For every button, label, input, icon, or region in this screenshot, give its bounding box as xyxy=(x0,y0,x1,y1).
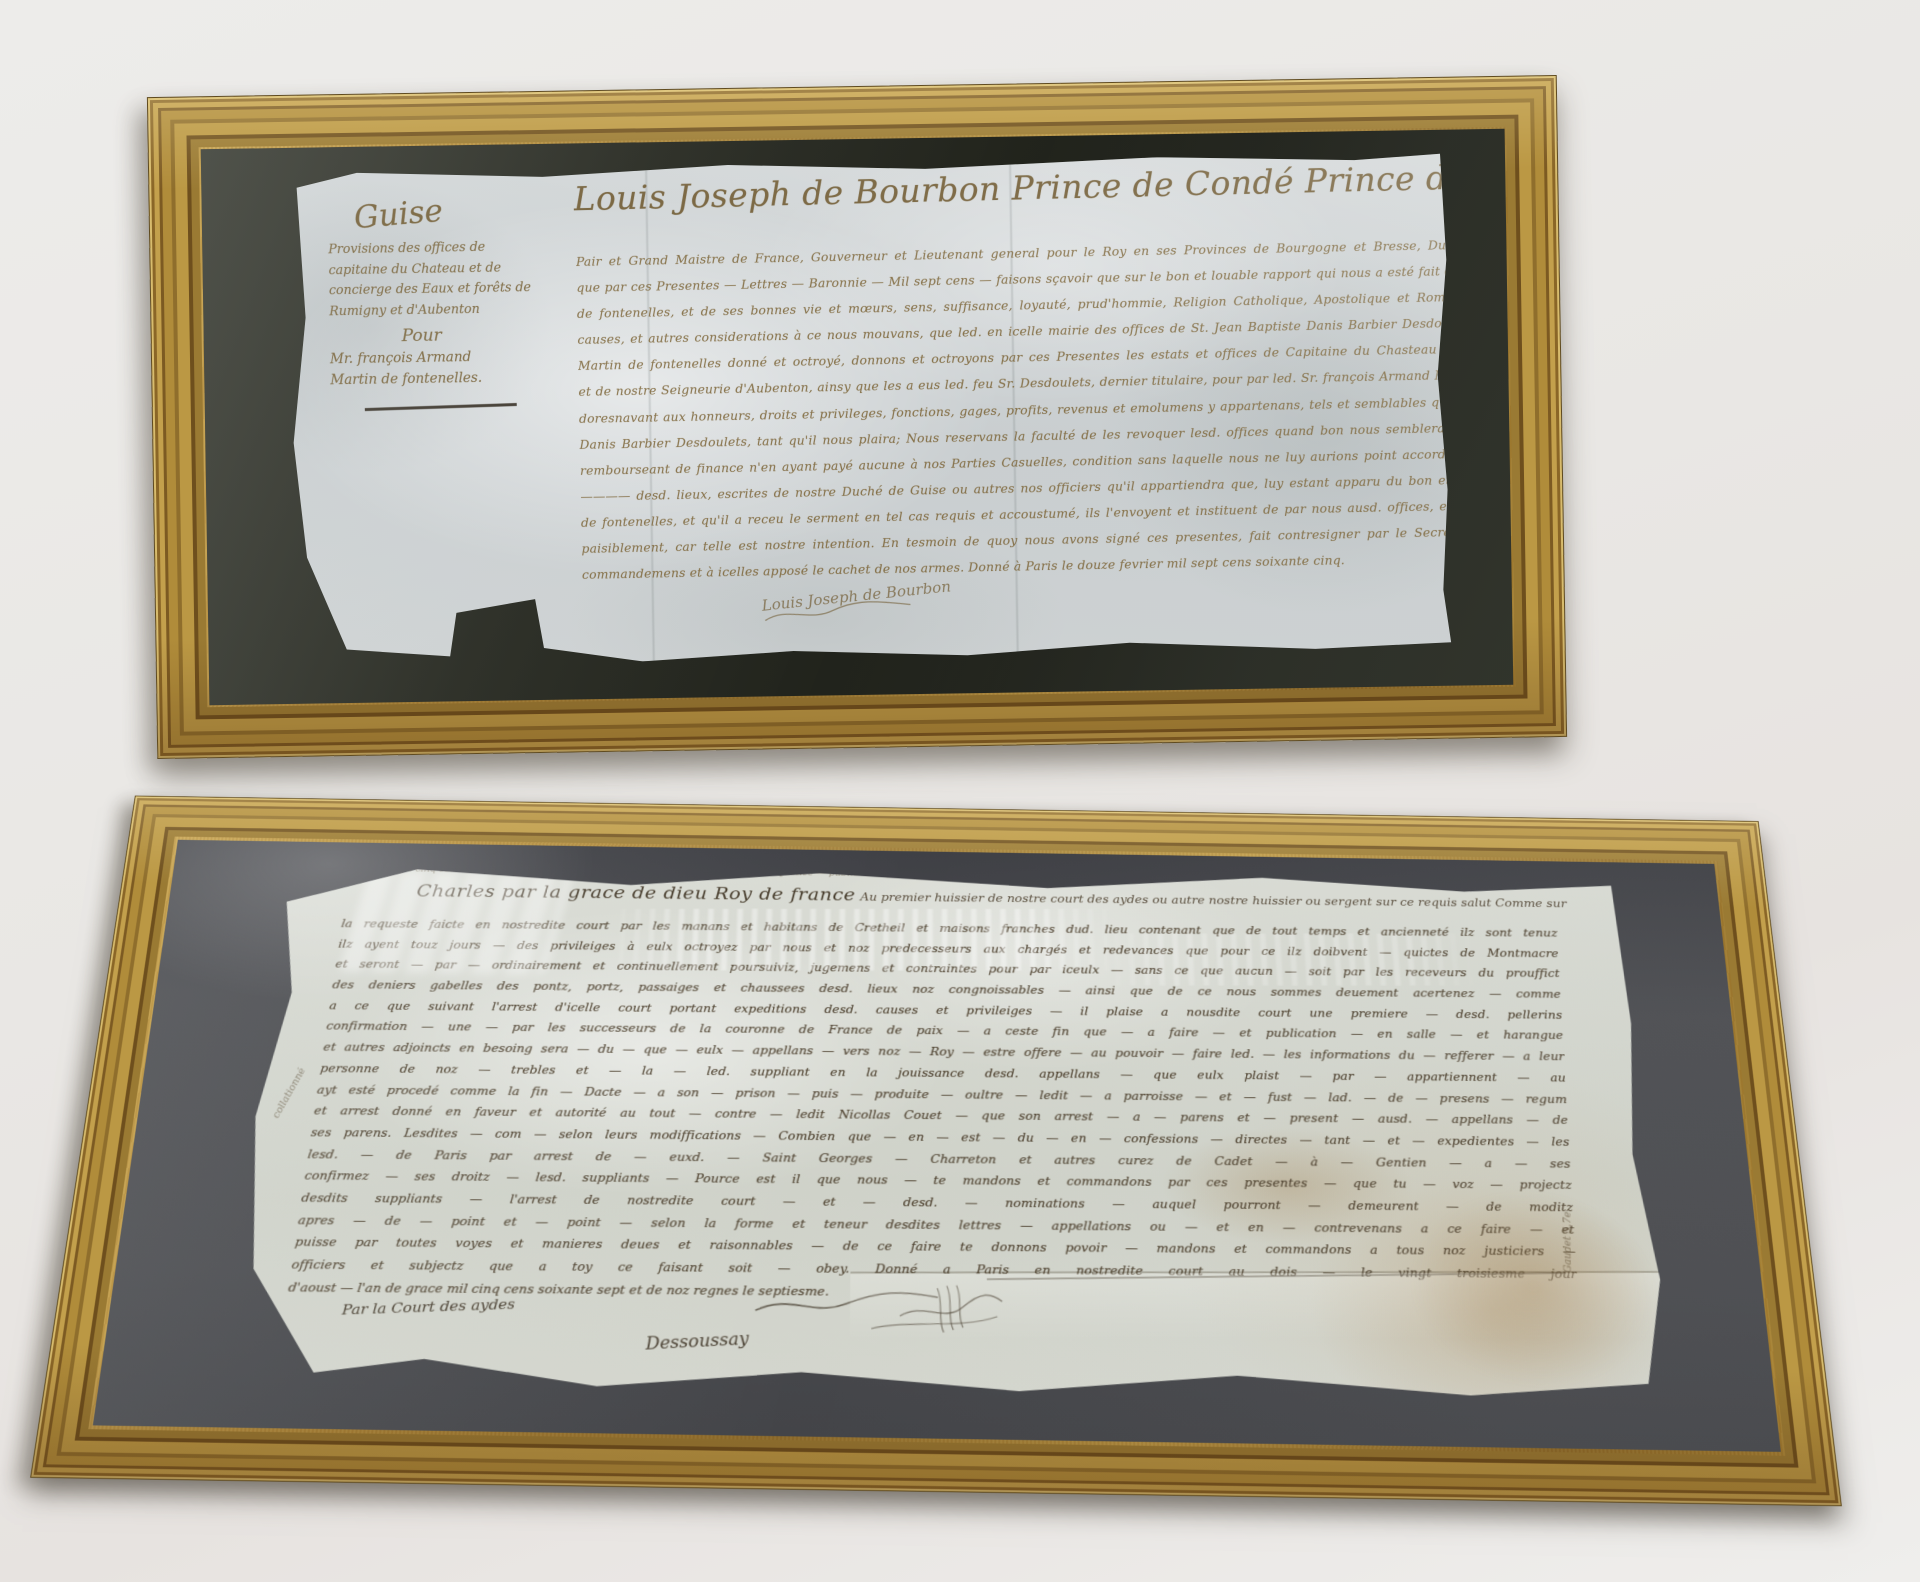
photo-backdrop: Guise Provisions des offices decapitaine… xyxy=(0,0,1920,1582)
vellum-document-upper: Guise Provisions des offices decapitaine… xyxy=(287,150,1455,668)
document-heading: Louis Joseph de Bourbon Prince de Condé … xyxy=(573,157,1470,218)
window-reflection xyxy=(338,870,574,975)
vellum-document-lower: du — may mil cinq cens soixante sept — l… xyxy=(218,853,1676,1405)
glass-ripple-reflection xyxy=(603,908,1119,970)
margin-lines: Provisions des offices decapitaine du Ch… xyxy=(328,236,567,322)
glass-ripple-reflection xyxy=(1099,933,1478,986)
margin-annotation: Guise Provisions des offices decapitaine… xyxy=(327,190,568,411)
incipit-line: Charles par la grace de dieu Roy de fran… xyxy=(416,881,1609,912)
margin-pour: Pour xyxy=(402,324,568,347)
framed-manuscript-lower: du — may mil cinq cens soixante sept — l… xyxy=(30,796,1842,1507)
framed-manuscript-upper: Guise Provisions des offices decapitaine… xyxy=(147,75,1567,759)
margin-recipient: Mr. françois ArmandMartin de fontenelles… xyxy=(330,346,569,392)
signature: Louis Joseph de Bourbon xyxy=(761,577,953,626)
incipit-continuation: Au premier huissier de nostre court des … xyxy=(860,891,1567,911)
signature-text: Dessoussay xyxy=(646,1329,750,1354)
margin-rule xyxy=(365,403,517,411)
manuscript-line: Rumigny et d'Aubenton xyxy=(329,297,567,321)
margin-title: Guise xyxy=(353,182,567,236)
margin-note: collationné xyxy=(270,1066,309,1119)
mat-lower: du — may mil cinq cens soixante sept — l… xyxy=(93,840,1781,1452)
mat-upper: Guise Provisions des offices decapitaine… xyxy=(201,129,1514,705)
manuscript-line: Martin de fontenelles. xyxy=(330,367,568,392)
document-body-text: Pair et Grand Maistre de France, Gouvern… xyxy=(576,232,1482,588)
